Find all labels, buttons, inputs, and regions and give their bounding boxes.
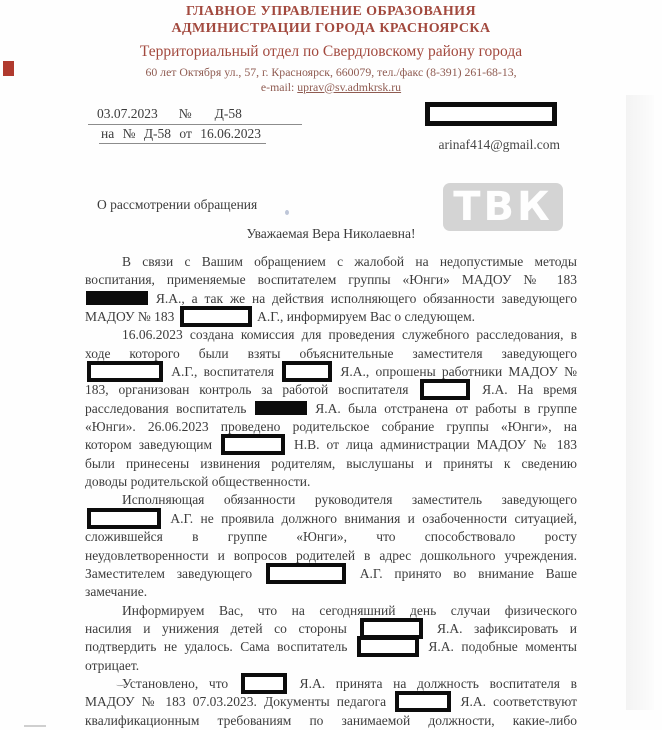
body-line: отрицает. (85, 657, 577, 675)
salutation: Уважаемая Вера Николаевна! (85, 226, 577, 242)
redaction-box (225, 438, 281, 451)
body-line: квалификационным требованиям по занимаем… (85, 712, 577, 730)
org-email-line: e-mail: uprav@sv.admkrsk.ru (0, 81, 662, 95)
reference-date-line: 03.07.2023№Д-58 (97, 106, 242, 122)
redaction-box (286, 365, 328, 378)
scanned-letter: ГЛАВНОЕ УПРАВЛЕНИЕ ОБРАЗОВАНИЯ АДМИНИСТР… (0, 0, 662, 730)
scan-artifact (285, 210, 289, 215)
recipient-email: arinaf414@gmail.com (410, 137, 560, 153)
redaction-box (361, 640, 415, 653)
redaction-box (245, 677, 283, 690)
redaction-box (255, 401, 307, 415)
body-line: «Юнги». 26.06.2023 проведено родительско… (85, 418, 577, 436)
body-line: насилия и унижения детей со стороны Я.А.… (85, 620, 577, 638)
body-line: котором заведующим Н.В. от лица админист… (85, 436, 577, 454)
reference-underline-1 (88, 124, 302, 125)
body-line: были принесены извинения родителям, высл… (85, 455, 577, 473)
body-line: Исполняющая обязанности руководителя зам… (85, 491, 577, 509)
redaction-box (184, 310, 248, 323)
body-line: А.Г., воспитателя Я.А., опрошены работни… (85, 363, 577, 381)
org-name-line1: ГЛАВНОЕ УПРАВЛЕНИЕ ОБРАЗОВАНИЯ (0, 4, 662, 21)
body-line: 16.06.2023 создана комиссия для проведен… (85, 326, 577, 344)
scan-artifact (24, 725, 46, 727)
body-line: Я.А., а так же на действия исполняющего … (85, 290, 577, 308)
subject-line: О рассмотрении обращения (97, 197, 257, 213)
email-label: e-mail: (261, 80, 297, 94)
org-email: uprav@sv.admkrsk.ru (297, 80, 401, 94)
letter-body: В связи с Вашим обращением с жалобой на … (85, 253, 577, 730)
body-line: Установлено, что Я.А. принята на должнос… (85, 675, 577, 693)
body-line: МАДОУ № 183 А.Г., информируем Вас о след… (85, 308, 577, 326)
redaction-box (425, 102, 557, 126)
body-line: воспитания, применяемые воспитателем гру… (85, 271, 577, 289)
body-line: подтвердить не удалось. Сама воспитатель… (85, 638, 577, 656)
body-line: доводы родительской общественности. (85, 473, 577, 491)
body-line: неудовлетворенности и вопросов родителей… (85, 547, 577, 565)
org-name-line2: АДМИНИСТРАЦИИ ГОРОДА КРАСНОЯРСКА (0, 21, 662, 38)
body-line: 183, организован контроль за работой вос… (85, 381, 577, 399)
body-line: замечание. (85, 583, 577, 601)
body-line: В связи с Вашим обращением с жалобой на … (85, 253, 577, 271)
redaction-box (424, 383, 466, 396)
tvk-watermark-logo: ТВК (443, 183, 563, 231)
scan-edge-shadow (626, 95, 654, 710)
number-sign: № (179, 106, 192, 121)
letterhead: ГЛАВНОЕ УПРАВЛЕНИЕ ОБРАЗОВАНИЯ АДМИНИСТР… (0, 4, 662, 94)
body-line: сложившейся в группе «Юнги», что способс… (85, 528, 577, 546)
letter-date: 03.07.2023 (97, 106, 158, 121)
body-line: МАДОУ № 183 07.03.2023. Документы педаго… (85, 693, 577, 711)
body-line: ходе которого были взяты объяснительные … (85, 345, 577, 363)
department-line: Территориальный отдел по Свердловскому р… (0, 43, 662, 61)
body-line: А.Г. не проявила должного внимания и оза… (85, 510, 577, 528)
redaction-box (86, 291, 148, 305)
address-line: 60 лет Октября ул., 57, г. Красноярск, 6… (0, 66, 662, 80)
redaction-box (364, 622, 419, 635)
body-line: расследования воспитатель Я.А. была отст… (85, 400, 577, 418)
body-line: Информируем Вас, что на сегодняшний день… (85, 602, 577, 620)
redaction-box (91, 512, 157, 525)
reference-reply-line: на № Д-58 от 16.06.2023 (101, 126, 261, 142)
body-line: Заместителем заведующего А.Г. принято во… (85, 565, 577, 583)
redaction-box (270, 567, 342, 580)
doc-number: Д-58 (215, 106, 242, 121)
redaction-box (91, 365, 159, 378)
red-marker (3, 61, 14, 76)
reference-underline-2 (99, 143, 266, 144)
redaction-box (399, 695, 447, 708)
